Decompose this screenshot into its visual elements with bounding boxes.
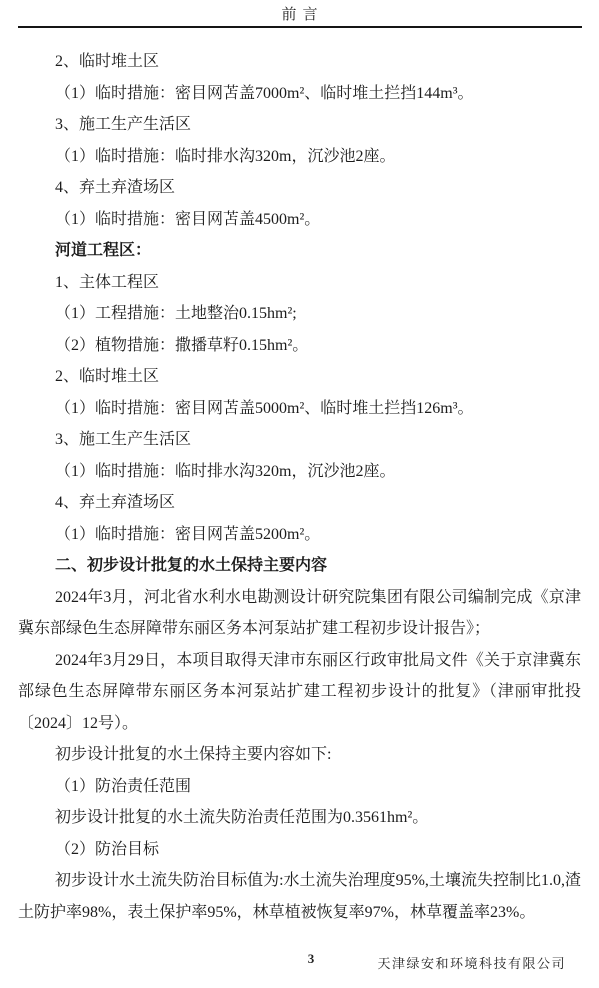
paragraph: （1）临时措施：密目网苫盖4500m²。 <box>18 204 581 236</box>
paragraph: （1）临时措施：临时排水沟320m，沉沙池2座。 <box>18 141 581 173</box>
section-heading: 河道工程区： <box>18 235 581 267</box>
document-body: 2、临时堆土区 （1）临时措施：密目网苫盖7000m²、临时堆土拦挡144m³。… <box>18 46 581 928</box>
paragraph: 4、弃土弃渣场区 <box>18 172 581 204</box>
paragraph: （1）工程措施：土地整治0.15hm²; <box>18 298 581 330</box>
paragraph: （1）临时措施：密目网苫盖7000m²、临时堆土拦挡144m³。 <box>18 78 581 110</box>
paragraph: 初步设计水土流失防治目标值为:水土流失治理度95%,土壤流失控制比1.0,渣土防… <box>18 865 581 928</box>
paragraph: （1）临时措施：密目网苫盖5200m²。 <box>18 519 581 551</box>
footer-page-number: 3 <box>298 951 324 967</box>
paragraph: （1）防治责任范围 <box>18 771 581 803</box>
page-header-title: 前言 <box>0 3 599 24</box>
header-divider <box>18 26 582 28</box>
paragraph: 4、弃土弃渣场区 <box>18 487 581 519</box>
paragraph: （2）植物措施：撒播草籽0.15hm²。 <box>18 330 581 362</box>
paragraph: 3、施工生产生活区 <box>18 109 581 141</box>
paragraph: 1、主体工程区 <box>18 267 581 299</box>
paragraph: 初步设计批复的水土保持主要内容如下: <box>18 739 581 771</box>
footer-company-name: 天津绿安和环境科技有限公司 <box>377 953 566 972</box>
paragraph: 2024年3月29日，本项目取得天津市东丽区行政审批局文件《关于京津冀东部绿色生… <box>18 645 581 740</box>
paragraph: （1）临时措施：密目网苫盖5000m²、临时堆土拦挡126m³。 <box>18 393 581 425</box>
paragraph: （2）防治目标 <box>18 834 581 866</box>
paragraph: （1）临时措施：临时排水沟320m，沉沙池2座。 <box>18 456 581 488</box>
document-page: 前言 2、临时堆土区 （1）临时措施：密目网苫盖7000m²、临时堆土拦挡144… <box>0 0 599 988</box>
paragraph: 3、施工生产生活区 <box>18 424 581 456</box>
section-heading: 二、初步设计批复的水土保持主要内容 <box>18 550 581 582</box>
paragraph: 2024年3月，河北省水利水电勘测设计研究院集团有限公司编制完成《京津冀东部绿色… <box>18 582 581 645</box>
paragraph: 2、临时堆土区 <box>18 361 581 393</box>
paragraph: 2、临时堆土区 <box>18 46 581 78</box>
paragraph: 初步设计批复的水土流失防治责任范围为0.3561hm²。 <box>18 802 581 834</box>
